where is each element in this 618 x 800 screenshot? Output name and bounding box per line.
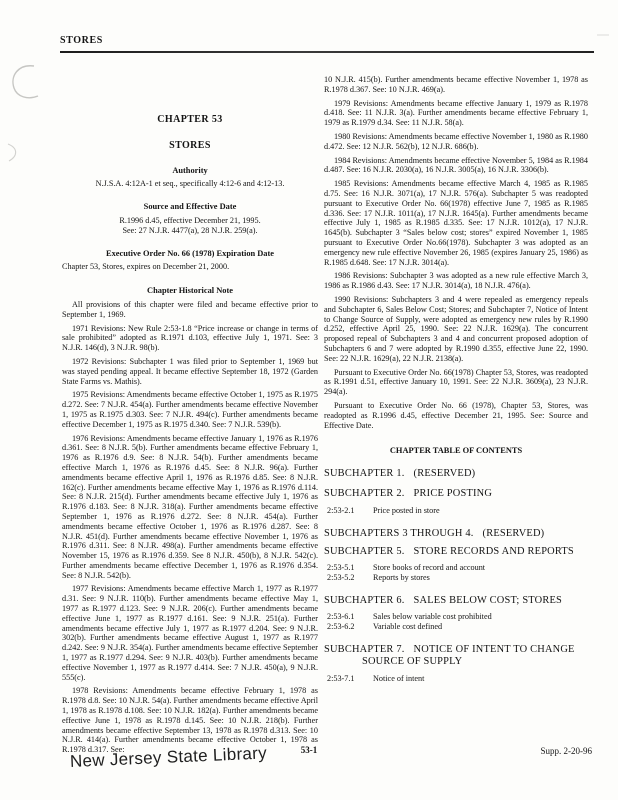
toc-section-2-53-7-1: 2:53-7.1Notice of intent [324, 674, 588, 684]
historical-paragraph-1990: 1990 Revisions: Subchapters 3 and 4 were… [324, 295, 588, 364]
toc-subchapter-label: SUBCHAPTER 1. [324, 468, 405, 479]
scan-artifact [8, 60, 42, 104]
toc-section-number: 2:53-2.1 [324, 506, 373, 516]
toc-subchapter-5: SUBCHAPTER 5.STORE RECORDS AND REPORTS [324, 546, 588, 558]
toc-section-2-53-6-2: 2:53-6.2Variable cost defined [324, 622, 588, 632]
toc-heading: CHAPTER TABLE OF CONTENTS [324, 446, 588, 456]
supplement-date: Supp. 2-20-96 [541, 746, 593, 756]
historical-paragraph-1977: 1977 Revisions: Amendments became effect… [62, 584, 318, 682]
source-heading: Source and Effective Date [62, 202, 318, 212]
historical-paragraph-1984: 1984 Revisions: Amendments became effect… [324, 156, 588, 176]
historical-paragraph-intro: All provisions of this chapter were file… [62, 300, 318, 320]
toc-subchapter-2: SUBCHAPTER 2.PRICE POSTING [324, 488, 588, 500]
toc-section-title: Variable cost defined [373, 622, 442, 632]
toc-section-2-53-2-1: 2:53-2.1Price posted in store [324, 506, 588, 516]
document-page: STORES CHAPTER 53 STORES Authority N.J.S… [0, 0, 618, 800]
toc-subchapter-title: PRICE POSTING [414, 488, 493, 499]
toc-section-title: Price posted in store [373, 506, 440, 516]
historical-paragraph-1978-continued: 10 N.J.R. 415(b). Further amendments bec… [324, 75, 588, 95]
toc-section-title: Sales below variable cost prohibited [373, 612, 492, 622]
toc-section-2-53-5-1: 2:53-5.1Store books of record and accoun… [324, 563, 588, 573]
running-header-title: STORES [60, 35, 103, 46]
source-line-2: See: 27 N.J.R. 4477(a), 28 N.J.R. 259(a)… [62, 226, 318, 236]
toc-subchapter-label: SUBCHAPTER 5. [324, 546, 405, 557]
toc-section-number: 2:53-5.2 [324, 573, 373, 583]
right-column: 10 N.J.R. 415(b). Further amendments bec… [324, 73, 588, 755]
left-column: CHAPTER 53 STORES Authority N.J.S.A. 4:1… [62, 73, 318, 755]
toc-section-title: Store books of record and account [373, 563, 485, 573]
historical-paragraph-1986: 1986 Revisions: Subchapter 3 was adopted… [324, 271, 588, 291]
historical-paragraph-1979: 1979 Revisions: Amendments became effect… [324, 99, 588, 128]
authority-text: N.J.S.A. 4:12A-1 et seq., specifically 4… [62, 179, 318, 189]
toc-section-number: 2:53-7.1 [324, 674, 373, 684]
header-rule [60, 51, 594, 53]
expiration-text: Chapter 53, Stores, expires on December … [62, 262, 318, 272]
historical-paragraph-1971: 1971 Revisions: New Rule 2:53-1.8 “Price… [62, 324, 318, 353]
page-body: CHAPTER 53 STORES Authority N.J.S.A. 4:1… [62, 73, 588, 755]
toc-section-number: 2:53-5.1 [324, 563, 373, 573]
toc-subchapter-title: (RESERVED) [483, 528, 545, 539]
toc-subchapter-title: SALES BELOW COST; STORES [414, 595, 562, 606]
toc-section-title: Notice of intent [373, 674, 424, 684]
toc-section-2-53-6-1: 2:53-6.1Sales below variable cost prohib… [324, 612, 588, 622]
source-line-1: R.1996 d.45, effective December 21, 1995… [62, 216, 318, 226]
historical-note-heading: Chapter Historical Note [62, 286, 318, 296]
scan-artifact [596, 30, 610, 40]
historical-paragraph-1975: 1975 Revisions: Amendments became effect… [62, 390, 318, 429]
toc-section-number: 2:53-6.1 [324, 612, 373, 622]
chapter-title-heading: STORES [62, 141, 318, 151]
toc-subchapter-label: SUBCHAPTERS 3 THROUGH 4. [324, 528, 474, 539]
toc-subchapter-label: SUBCHAPTER 6. [324, 595, 405, 606]
historical-paragraph-1972: 1972 Revisions: Subchapter 1 was filed p… [62, 357, 318, 386]
toc-section-2-53-5-2: 2:53-5.2Reports by stores [324, 573, 588, 583]
historical-paragraph-1976: 1976 Revisions: Amendments became effect… [62, 434, 318, 581]
toc-subchapter-7: SUBCHAPTER 7.NOTICE OF INTENT TO CHANGE … [324, 644, 588, 668]
historical-paragraph-1980: 1980 Revisions: Amendments became effect… [324, 132, 588, 152]
scan-artifact [4, 140, 24, 164]
toc-subchapter-title: STORE RECORDS AND REPORTS [414, 546, 574, 557]
toc-subchapter-6: SUBCHAPTER 6.SALES BELOW COST; STORES [324, 595, 588, 607]
toc-subchapter-1: SUBCHAPTER 1.(RESERVED) [324, 468, 588, 480]
chapter-number-heading: CHAPTER 53 [62, 115, 318, 125]
expiration-heading: Executive Order No. 66 (1978) Expiration… [62, 249, 318, 259]
historical-paragraph-1985: 1985 Revisions: Amendments became effect… [324, 179, 588, 267]
toc-section-title: Reports by stores [373, 573, 430, 583]
toc-subchapter-label: SUBCHAPTER 7. [324, 644, 405, 655]
authority-heading: Authority [62, 166, 318, 176]
toc-subchapter-label: SUBCHAPTER 2. [324, 488, 405, 499]
toc-subchapter-title: (RESERVED) [414, 468, 476, 479]
chapter-table-of-contents: CHAPTER TABLE OF CONTENTS SUBCHAPTER 1.(… [324, 446, 588, 684]
historical-paragraph-readoption-1991: Pursuant to Executive Order No. 66(1978)… [324, 368, 588, 397]
running-header: STORES [60, 30, 594, 53]
toc-section-number: 2:53-6.2 [324, 622, 373, 632]
toc-subchapters-3-4: SUBCHAPTERS 3 THROUGH 4.(RESERVED) [324, 528, 588, 540]
historical-paragraph-readoption-1996: Pursuant to Executive Order No. 66 (1978… [324, 401, 588, 430]
